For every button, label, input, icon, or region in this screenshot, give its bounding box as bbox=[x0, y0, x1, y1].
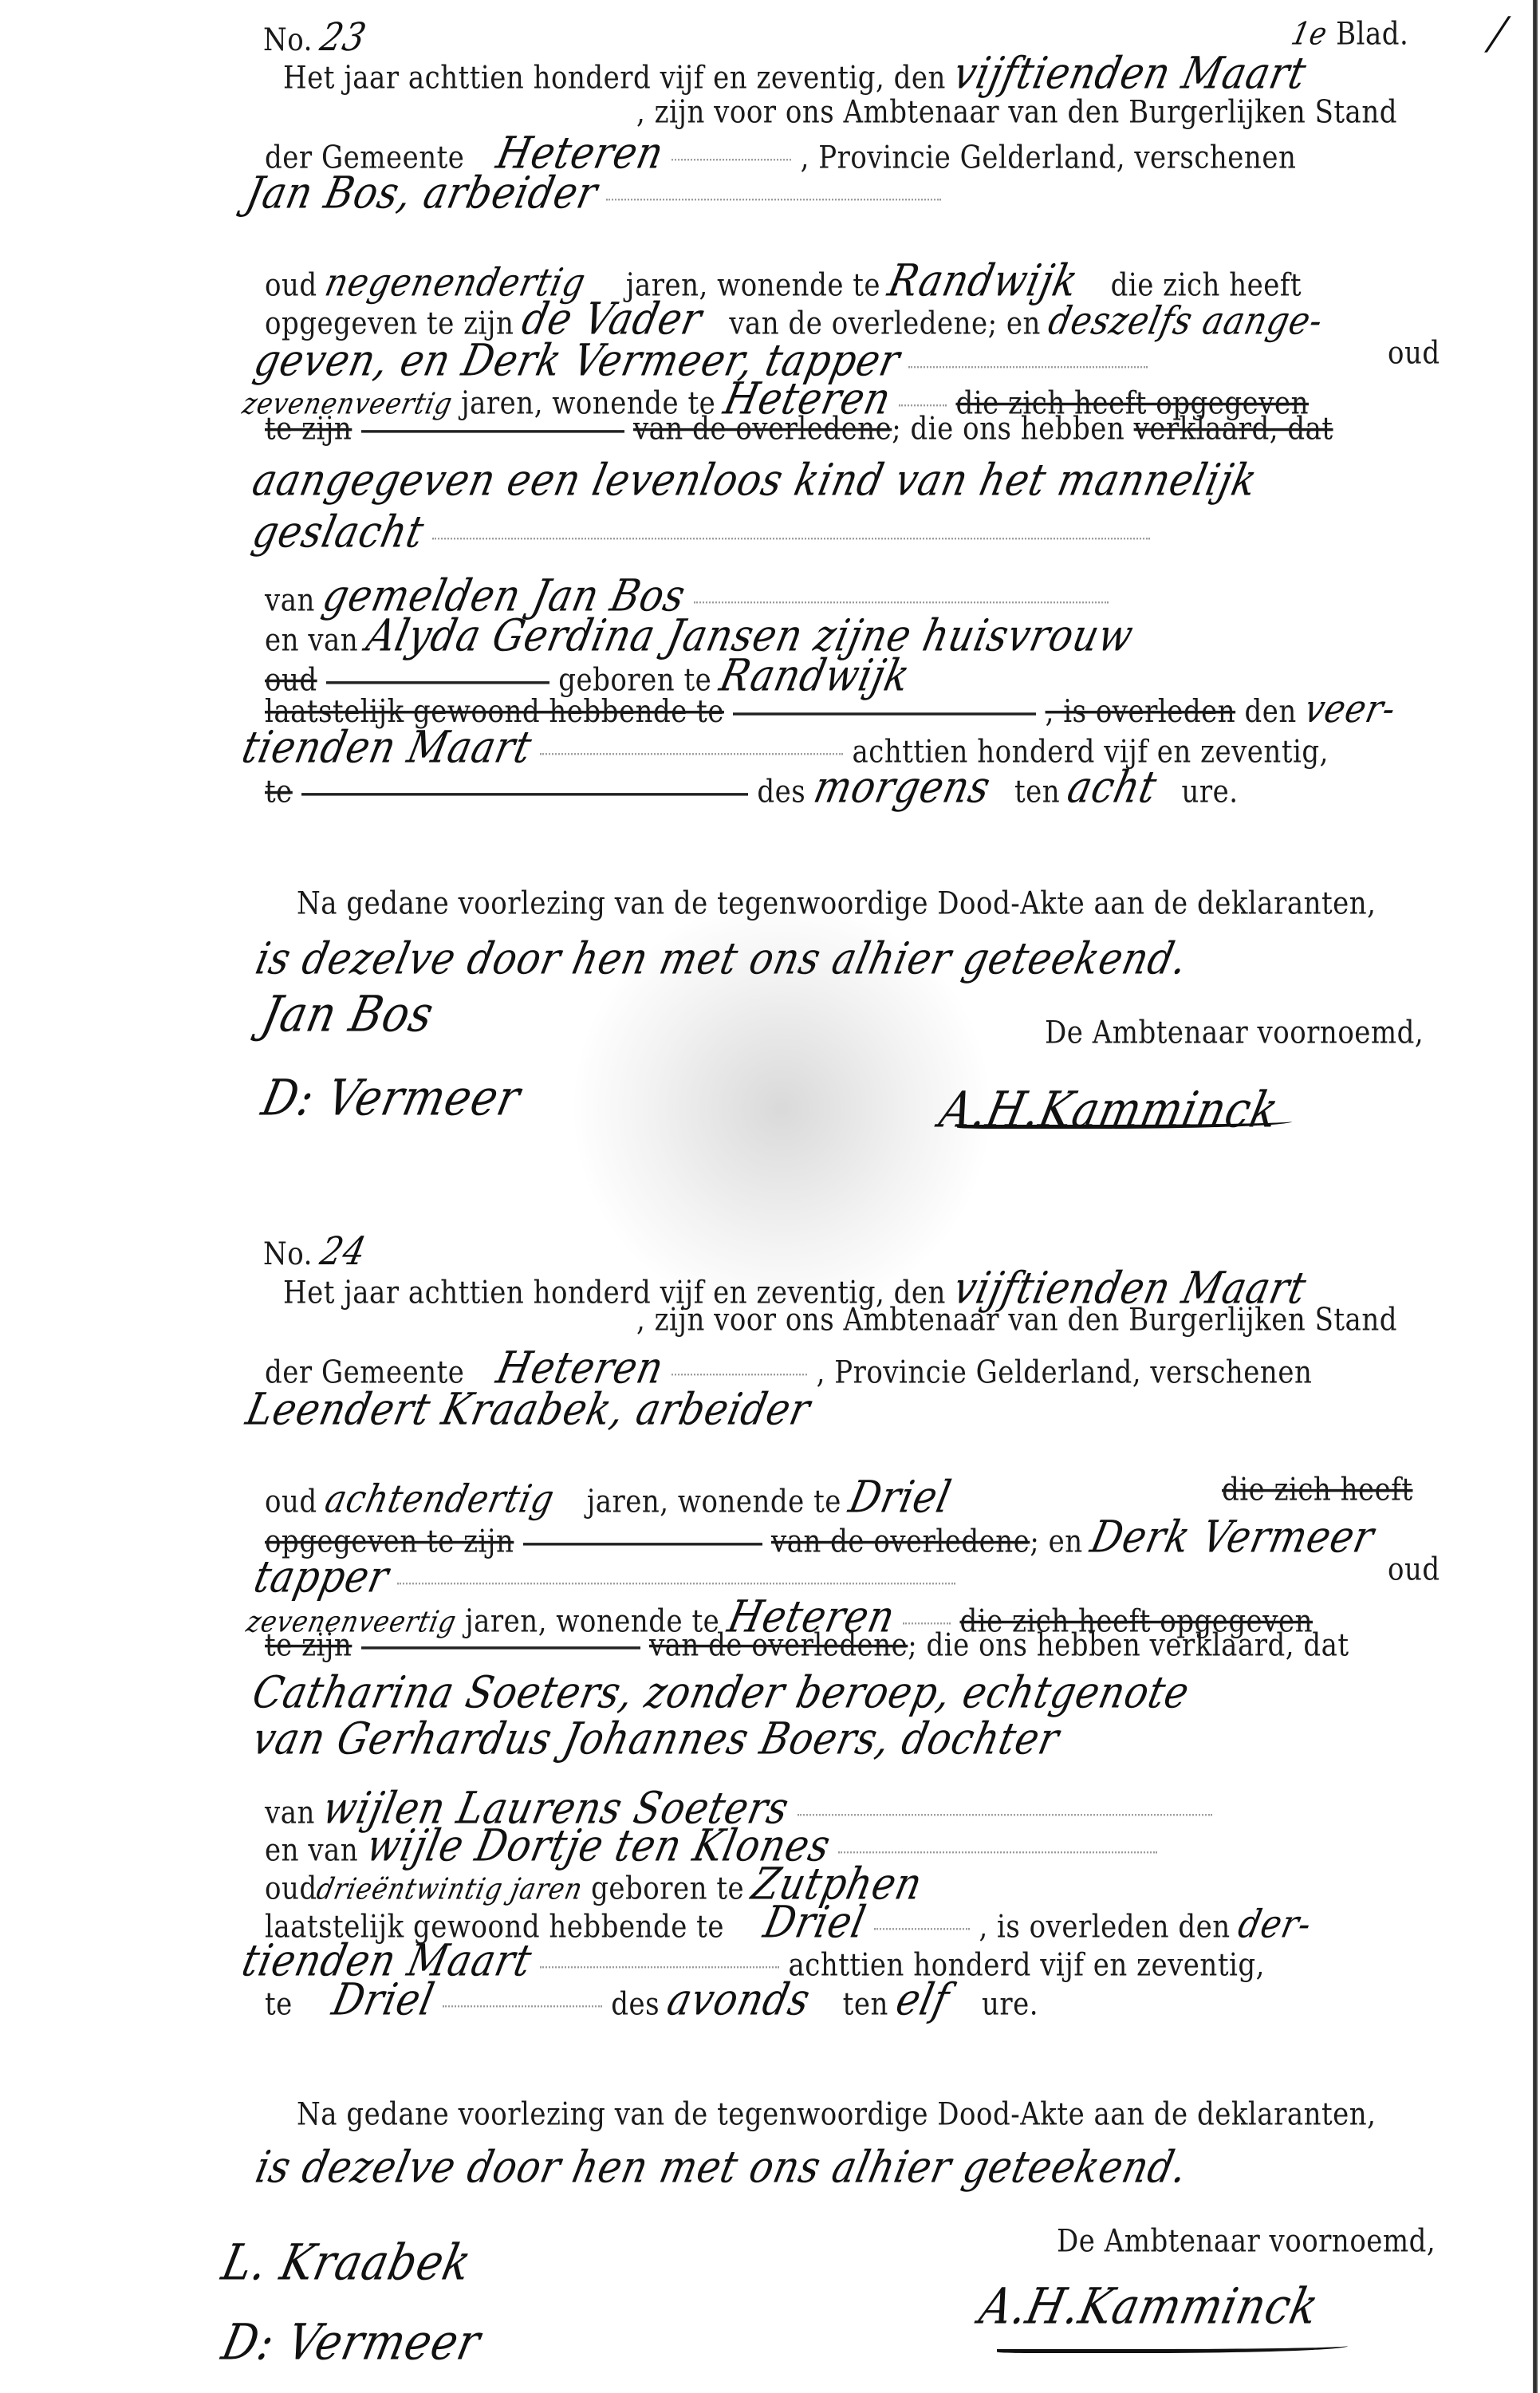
signature-swash bbox=[997, 2341, 1348, 2353]
closing-handwritten: is dezelve door hen met ons alhier getee… bbox=[257, 933, 1187, 984]
official-label: De Ambtenaar voornoemd, bbox=[1045, 1015, 1424, 1051]
corner-mark: / bbox=[1491, 8, 1505, 59]
struck-line: te zijn van de overledene; die ons hebbe… bbox=[265, 411, 1333, 447]
appeared-line: , zijn voor ons Ambtenaar van den Burger… bbox=[636, 94, 1397, 131]
closing-printed: Na gedane voorlezing van de tegenwoordig… bbox=[297, 2096, 1376, 2133]
appeared-line: , zijn voor ons Ambtenaar van den Burger… bbox=[636, 1302, 1397, 1338]
statement-line-b: geslacht bbox=[254, 507, 1150, 558]
declarant1-line: Leendert Kraabek, arbeider bbox=[247, 1384, 809, 1435]
intro-line: Het jaar achttien honderd vijf en zevent… bbox=[283, 48, 1306, 99]
official-label: De Ambtenaar voornoemd, bbox=[1057, 2223, 1436, 2260]
time-line: te des morgens ten acht ure. bbox=[265, 762, 1239, 813]
struck-line: te zijn van de overledene; die ons hebbe… bbox=[265, 1627, 1349, 1664]
declarant1-line: Jan Bos, arbeider bbox=[247, 168, 941, 219]
signature-declarant-2: D: Vermeer bbox=[223, 2313, 479, 2371]
signature-declarant-1: L. Kraabek bbox=[223, 2233, 471, 2291]
signature-declarant-1: Jan Bos bbox=[263, 985, 433, 1043]
statement-line-a: aangegeven een levenloos kind van het ma… bbox=[254, 455, 1256, 506]
statement-line-a: Catharina Soeters, zonder beroep, echtge… bbox=[254, 1667, 1188, 1718]
signature-declarant-2: D: Vermeer bbox=[263, 1069, 519, 1126]
statement-line-b: van Gerhardus Johannes Boers, dochter bbox=[254, 1713, 1058, 1764]
closing-handwritten: is dezelve door hen met ons alhier getee… bbox=[257, 2142, 1187, 2193]
page-edge-rule bbox=[1533, 0, 1538, 2393]
time-line: te Driel des avonds ten elf ure. bbox=[265, 1974, 1038, 2025]
closing-printed: Na gedane voorlezing van de tegenwoordig… bbox=[297, 885, 1376, 922]
signature-official: A.H.Kamminck bbox=[981, 2277, 1317, 2335]
signature-official: A.H.Kamminck bbox=[941, 1081, 1278, 1138]
